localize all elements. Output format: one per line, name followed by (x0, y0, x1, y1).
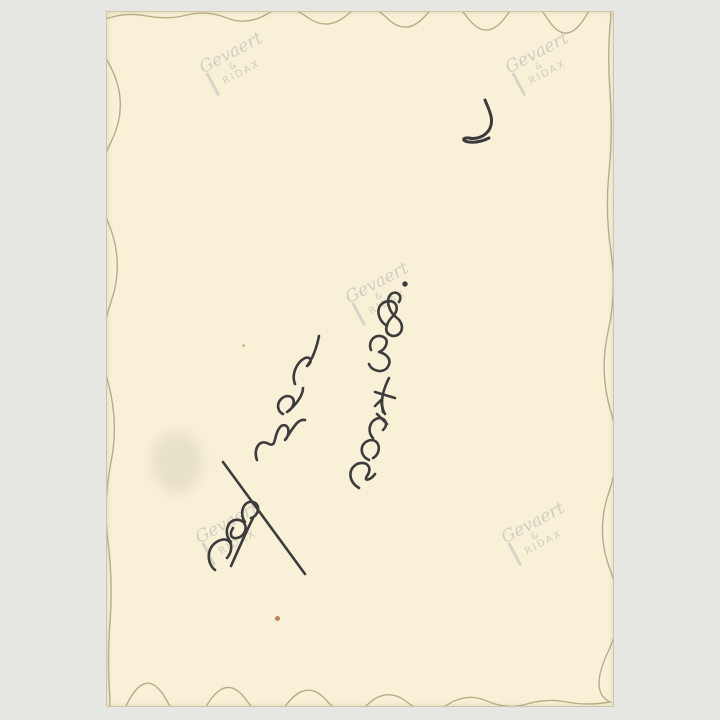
photo-back-paper: Gevaert & RIDAX Gevaert & RIDAX Gevaert … (107, 12, 613, 706)
deckled-edge (107, 12, 613, 706)
